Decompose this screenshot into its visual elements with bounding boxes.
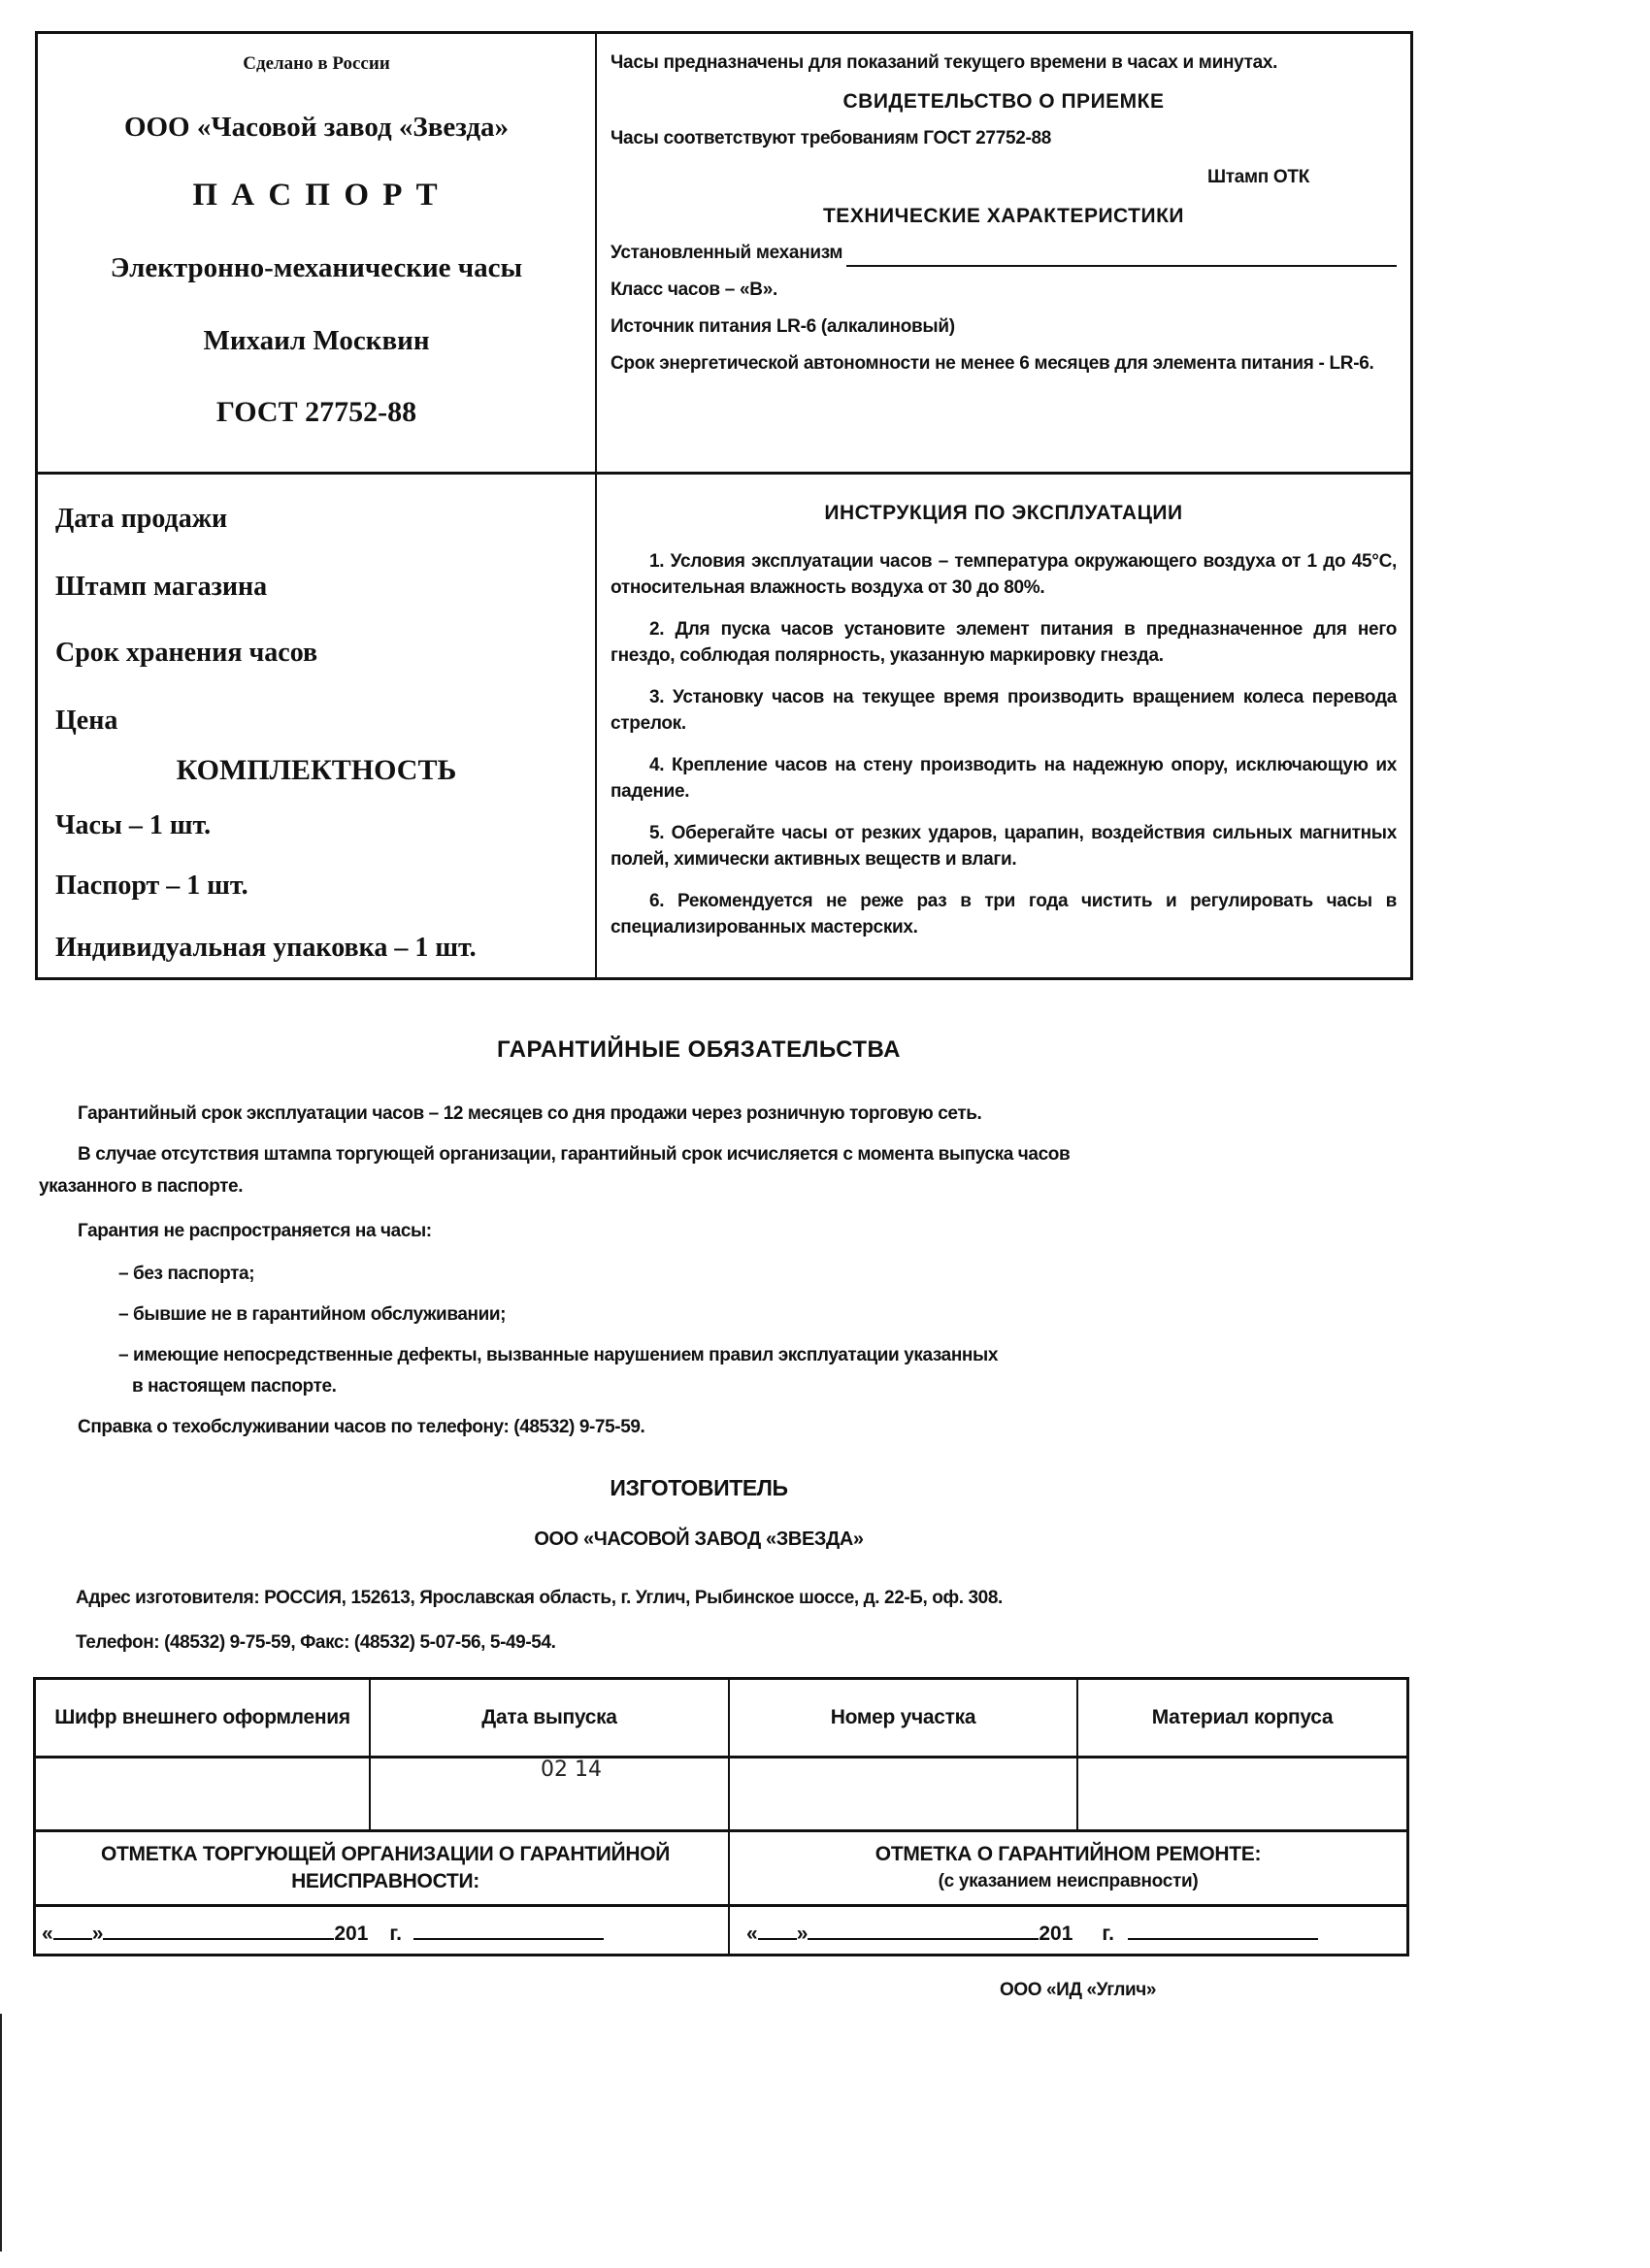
instruction-item: 1. Условия эксплуатации часов – температ… [610,548,1397,601]
shop-stamp-label: Штамп магазина [55,572,267,603]
manufacturer-name: ООО «ЧАСОВОЙ ЗАВОД «ЗВЕЗДА» [0,1528,1398,1551]
manufacturer-phones: Телефон: (48532) 9-75-59, Факс: (48532) … [76,1632,556,1654]
clock-class: Класс часов – «В». [610,277,1397,304]
product-type: Электронно-механические часы [38,252,595,284]
instruction-item: 2. Для пуска часов установите элемент пи… [610,616,1397,669]
company-name: ООО «Часовой завод «Звезда» [38,112,595,144]
mechanism-field[interactable] [846,246,1397,267]
passport-top-table: Сделано в России ООО «Часовой завод «Зве… [35,31,1413,980]
repair-mark-title: ОТМЕТКА О ГАРАНТИЙНОМ РЕМОНТЕ: [875,1841,1261,1868]
instructions-block: ИНСТРУКЦИЯ ПО ЭКСПЛУАТАЦИИ 1. Условия эк… [597,475,1410,977]
document-title: П А С П О Р Т [38,178,595,214]
completeness-item: Часы – 1 шт. [55,810,211,841]
warranty-exclusion: – имеющие непосредственные дефекты, вызв… [118,1345,998,1366]
month-field[interactable] [808,1921,1039,1940]
row-divider [36,1904,1406,1907]
instructions-title: ИНСТРУКЦИЯ ПО ЭКСПЛУАТАЦИИ [610,502,1397,525]
completeness-title: КОМПЛЕКТНОСТЬ [38,754,595,787]
warranty-exclusion: – бывшие не в гарантийном обслуживании; [118,1304,506,1326]
made-in-label: Сделано в России [38,53,595,75]
power-source: Источник питания LR-6 (алкалиновый) [610,313,1397,341]
production-marks-table: Шифр внешнего оформления Дата выпуска Но… [33,1677,1409,1956]
sale-completeness-block: Дата продажи Штамп магазина Срок хранени… [38,475,595,977]
service-phone: Справка о техобслуживании часов по телеф… [78,1417,644,1438]
release-date-field[interactable]: 02 14 [541,1758,602,1782]
model-name: Михаил Москвин [38,325,595,357]
warranty-exclusions-intro: Гарантия не распространяется на часы: [78,1221,432,1242]
acceptance-title: СВИДЕТЕЛЬСТВО О ПРИЕМКЕ [610,90,1397,114]
instruction-item: 5. Оберегайте часы от резких ударов, цар… [610,820,1397,872]
day-field[interactable] [758,1921,797,1940]
qc-stamp-label: Штамп ОТК [610,164,1397,191]
warranty-no-stamp: В случае отсутствия штампа торгующей орг… [78,1144,1070,1166]
warranty-no-stamp-cont: указанного в паспорте. [39,1176,243,1198]
case-material-field[interactable] [1078,1759,1406,1829]
sale-date-label: Дата продажи [55,504,227,535]
completeness-item: Индивидуальная упаковка – 1 шт. [55,933,477,964]
header-case-material: Материал корпуса [1078,1680,1406,1756]
printer-credit: ООО «ИД «Углич» [1000,1980,1156,2001]
autonomy-text: Срок энергетической автономности не мене… [610,350,1397,378]
mechanism-label: Установленный механизм [610,240,842,267]
manufacturer-address: Адрес изготовителя: РОССИЯ, 152613, Ярос… [76,1588,1003,1609]
header-design-code: Шифр внешнего оформления [36,1680,369,1756]
tech-specs-title: ТЕХНИЧЕСКИЕ ХАРАКТЕРИСТИКИ [610,205,1397,228]
warranty-exclusion: – без паспорта; [118,1264,254,1285]
repair-date-line[interactable]: «»201г. [746,1921,1318,1946]
standard-code: ГОСТ 27752-88 [38,396,595,429]
warranty-title: ГАРАНТИЙНЫЕ ОБЯЗАТЕЛЬСТВА [0,1036,1398,1064]
repair-mark-subtitle: (с указанием неисправности) [939,1868,1199,1895]
month-field[interactable] [103,1921,334,1940]
price-label: Цена [55,706,117,737]
day-field[interactable] [53,1921,92,1940]
header-release-date: Дата выпуска [371,1680,728,1756]
header-section-number: Номер участка [730,1680,1076,1756]
storage-period-label: Срок хранения часов [55,638,317,669]
signature-field[interactable] [1128,1921,1318,1940]
instruction-item: 4. Крепление часов на стену производить … [610,752,1397,805]
manufacturer-title: ИЗГОТОВИТЕЛЬ [0,1475,1398,1501]
instruction-item: 3. Установку часов на текущее время прои… [610,684,1397,737]
warranty-period: Гарантийный срок эксплуатации часов – 12… [78,1103,981,1125]
mechanism-row: Установленный механизм [610,240,1397,267]
acceptance-specs-block: Часы предназначены для показаний текущег… [597,34,1410,472]
acceptance-text: Часы соответствуют требованиям ГОСТ 2775… [610,125,1397,152]
trade-org-mark-title: ОТМЕТКА ТОРГУЮЩЕЙ ОРГАНИЗАЦИИ О ГАРАНТИЙ… [55,1832,715,1904]
warranty-exclusion-cont: в настоящем паспорте. [132,1376,337,1397]
scan-edge-line [0,2014,2,2252]
title-block: Сделано в России ООО «Часовой завод «Зве… [38,34,595,472]
trade-org-date-line[interactable]: «»201г. [42,1921,604,1946]
purpose-text: Часы предназначены для показаний текущег… [610,49,1397,77]
completeness-item: Паспорт – 1 шт. [55,871,248,902]
section-number-field[interactable] [730,1759,1076,1829]
design-code-field[interactable] [36,1759,369,1829]
repair-mark-block: ОТМЕТКА О ГАРАНТИЙНОМ РЕМОНТЕ: (с указан… [730,1832,1406,1904]
signature-field[interactable] [413,1921,604,1940]
instruction-item: 6. Рекомендуется не реже раз в три года … [610,888,1397,940]
